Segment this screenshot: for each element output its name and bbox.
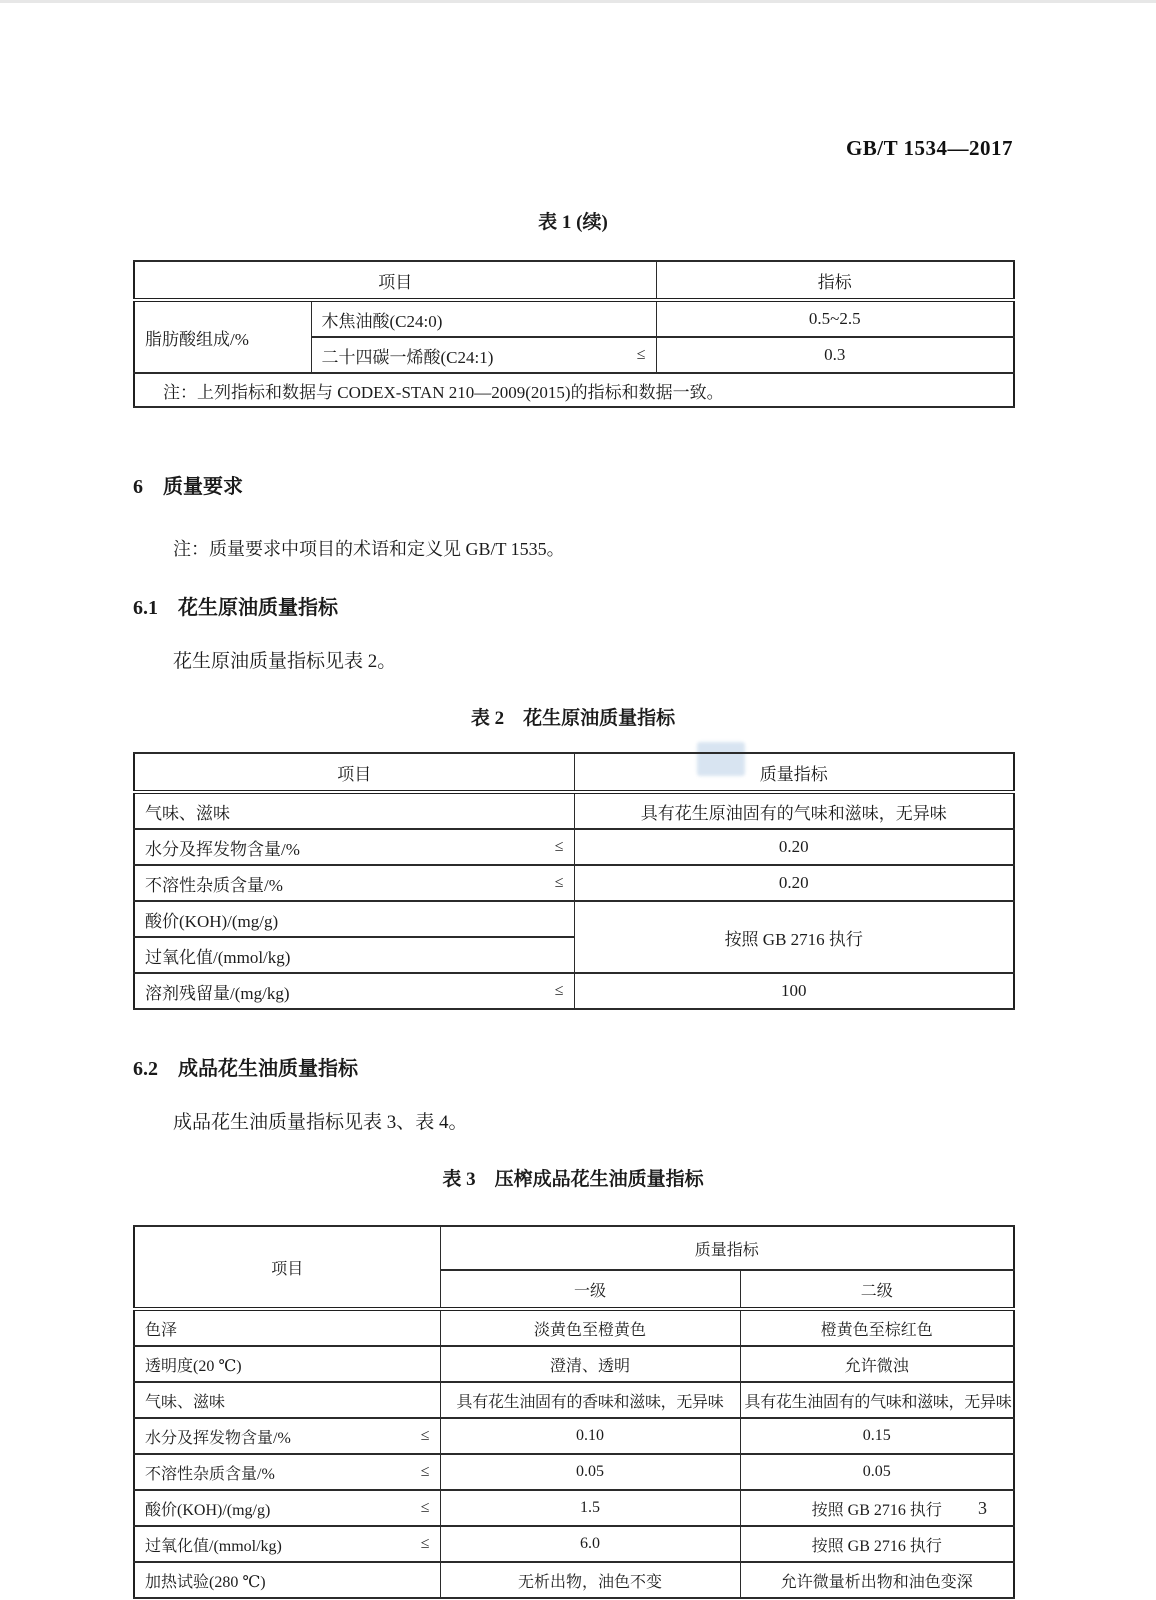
table2-title: 表 2 花生原油质量指标	[133, 703, 1013, 730]
item-label: 水分及挥发物含量/%	[145, 1425, 291, 1448]
table-row: 透明度(20 ℃) 澄清、透明 允许微浊	[134, 1346, 1014, 1382]
table1-item-1: 二十四碳一烯酸(C24:1)≤	[311, 337, 656, 373]
table3-g2-2: 具有花生油固有的气味和滋味，无异味	[740, 1382, 1014, 1418]
table3-col-item: 项目	[134, 1226, 440, 1309]
table3-g1-3: 0.10	[440, 1418, 740, 1454]
section-6-heading: 6 质量要求	[133, 470, 1013, 499]
table2-item-3: 酸价(KOH)/(mg/g)	[134, 901, 574, 937]
table2-value-2: 0.20	[574, 865, 1014, 901]
le-symbol: ≤	[415, 1535, 430, 1553]
table1-group-label: 脂肪酸组成/%	[134, 300, 311, 373]
section-6-1-heading: 6.1 花生原油质量指标	[133, 591, 1013, 620]
table1-item-0: 木焦油酸(C24:0)	[311, 300, 656, 337]
le-symbol: ≤	[549, 982, 564, 1000]
table2-value-0: 具有花生原油固有的气味和滋味，无异味	[574, 792, 1014, 829]
table3-g2-7: 允许微量析出物和油色变深	[740, 1562, 1014, 1598]
table3-g1-4: 0.05	[440, 1454, 740, 1490]
table3-g1-7: 无析出物，油色不变	[440, 1562, 740, 1598]
table3-item-5: 酸价(KOH)/(mg/g)≤	[134, 1490, 440, 1526]
table3-g2-6: 按照 GB 2716 执行	[740, 1526, 1014, 1562]
item-label: 过氧化值/(mmol/kg)	[145, 943, 290, 968]
standard-code: GB/T 1534—2017	[133, 0, 1013, 161]
table3-item-6: 过氧化值/(mmol/kg)≤	[134, 1526, 440, 1562]
section-6-1-body: 花生原油质量指标见表 2。	[133, 646, 1013, 673]
table3-item-7: 加热试验(280 ℃)	[134, 1562, 440, 1598]
le-symbol: ≤	[415, 1427, 430, 1445]
page-number: 3	[978, 1498, 987, 1519]
table3-g1-0: 淡黄色至橙黄色	[440, 1309, 740, 1346]
item-label: 酸价(KOH)/(mg/g)	[145, 907, 278, 932]
table3-g1-2: 具有花生油固有的香味和滋味，无异味	[440, 1382, 740, 1418]
item-label: 不溶性杂质含量/%	[145, 1461, 275, 1484]
table3-g2-3: 0.15	[740, 1418, 1014, 1454]
table3-g2-0: 橙黄色至棕红色	[740, 1309, 1014, 1346]
table2-item-0: 气味、滋味	[134, 792, 574, 829]
table2-item-2: 不溶性杂质含量/%≤	[134, 865, 574, 901]
le-symbol: ≤	[415, 1463, 430, 1481]
item-label: 酸价(KOH)/(mg/g)	[145, 1497, 270, 1520]
table3-col-grade2: 二级	[740, 1270, 1014, 1309]
item-label: 气味、滋味	[145, 799, 230, 824]
table1-header-row: 项目 指标	[134, 261, 1014, 300]
table3-g2-1: 允许微浊	[740, 1346, 1014, 1382]
table1-note: 注：上列指标和数据与 CODEX-STAN 210—2009(2015)的指标和…	[134, 373, 1014, 407]
item-label: 色泽	[145, 1317, 177, 1340]
item-label: 溶剂残留量/(mg/kg)	[145, 979, 290, 1004]
table1-note-row: 注：上列指标和数据与 CODEX-STAN 210—2009(2015)的指标和…	[134, 373, 1014, 407]
item-label: 透明度(20 ℃)	[145, 1353, 242, 1376]
table3-item-3: 水分及挥发物含量/%≤	[134, 1418, 440, 1454]
table3-g1-5: 1.5	[440, 1490, 740, 1526]
table3-g2-5: 按照 GB 2716 执行	[740, 1490, 1014, 1526]
table-row: 酸价(KOH)/(mg/g)≤ 1.5 按照 GB 2716 执行	[134, 1490, 1014, 1526]
table-row: 酸价(KOH)/(mg/g) 按照 GB 2716 执行	[134, 901, 1014, 937]
section-6-2-heading: 6.2 成品花生油质量指标	[133, 1052, 1013, 1081]
table2-merged-value: 按照 GB 2716 执行	[574, 901, 1014, 973]
table-row: 溶剂残留量/(mg/kg)≤ 100	[134, 973, 1014, 1009]
item-label: 过氧化值/(mmol/kg)	[145, 1533, 282, 1556]
item-label: 木焦油酸(C24:0)	[322, 307, 443, 332]
table-row: 加热试验(280 ℃) 无析出物，油色不变 允许微量析出物和油色变深	[134, 1562, 1014, 1598]
table-row: 不溶性杂质含量/%≤ 0.05 0.05	[134, 1454, 1014, 1490]
table2-item-5: 溶剂残留量/(mg/kg)≤	[134, 973, 574, 1009]
table3-item-4: 不溶性杂质含量/%≤	[134, 1454, 440, 1490]
table-row: 过氧化值/(mmol/kg)≤ 6.0 按照 GB 2716 执行	[134, 1526, 1014, 1562]
table-row: 气味、滋味 具有花生原油固有的气味和滋味，无异味	[134, 792, 1014, 829]
table2-item-1: 水分及挥发物含量/%≤	[134, 829, 574, 865]
table3-g1-6: 6.0	[440, 1526, 740, 1562]
table3-header-row-1: 项目 质量指标	[134, 1226, 1014, 1270]
table3-item-1: 透明度(20 ℃)	[134, 1346, 440, 1382]
table3-col-quality: 质量指标	[440, 1226, 1014, 1270]
table1-fatty-acid: 项目 指标 脂肪酸组成/% 木焦油酸(C24:0) 0.5~2.5 二十四碳一烯…	[133, 260, 1015, 408]
item-label: 气味、滋味	[145, 1389, 225, 1412]
table1-value-0: 0.5~2.5	[656, 300, 1014, 337]
table3-item-0: 色泽	[134, 1309, 440, 1346]
le-symbol: ≤	[415, 1499, 430, 1517]
table2-item-4: 过氧化值/(mmol/kg)	[134, 937, 574, 973]
table-row: 不溶性杂质含量/%≤ 0.20	[134, 865, 1014, 901]
page-content: GB/T 1534—2017 表 1 (续) 项目 指标 脂肪酸组成/% 木焦油…	[133, 0, 1013, 1599]
table3-item-2: 气味、滋味	[134, 1382, 440, 1418]
item-label: 二十四碳一烯酸(C24:1)	[322, 343, 494, 368]
item-label: 加热试验(280 ℃)	[145, 1569, 266, 1592]
section-6-note: 注：质量要求中项目的术语和定义见 GB/T 1535。	[133, 535, 1013, 561]
table2-header-row: 项目 质量指标	[134, 753, 1014, 792]
table2-col-item: 项目	[134, 753, 574, 792]
table3-col-grade1: 一级	[440, 1270, 740, 1309]
table2-crude-oil: 项目 质量指标 气味、滋味 具有花生原油固有的气味和滋味，无异味 水分及挥发物含…	[133, 752, 1015, 1010]
table3-g1-1: 澄清、透明	[440, 1346, 740, 1382]
table3-title: 表 3 压榨成品花生油质量指标	[133, 1164, 1013, 1191]
table1-title: 表 1 (续)	[133, 207, 1013, 234]
table3-pressed-oil: 项目 质量指标 一级 二级 色泽 淡黄色至橙黄色 橙黄色至棕红色 透明度(20 …	[133, 1225, 1015, 1599]
table-row: 脂肪酸组成/% 木焦油酸(C24:0) 0.5~2.5	[134, 300, 1014, 337]
table-row: 水分及挥发物含量/%≤ 0.10 0.15	[134, 1418, 1014, 1454]
table-row: 气味、滋味 具有花生油固有的香味和滋味，无异味 具有花生油固有的气味和滋味，无异…	[134, 1382, 1014, 1418]
item-label: 不溶性杂质含量/%	[145, 871, 283, 896]
table1-value-1: 0.3	[656, 337, 1014, 373]
table2-value-5: 100	[574, 973, 1014, 1009]
le-symbol: ≤	[549, 874, 564, 892]
le-symbol: ≤	[549, 838, 564, 856]
table1-col-value: 指标	[656, 261, 1014, 300]
item-label: 水分及挥发物含量/%	[145, 835, 300, 860]
table2-col-value: 质量指标	[574, 753, 1014, 792]
table1-col-item: 项目	[134, 261, 656, 300]
le-symbol: ≤	[631, 346, 646, 364]
table-row: 水分及挥发物含量/%≤ 0.20	[134, 829, 1014, 865]
table-row: 色泽 淡黄色至橙黄色 橙黄色至棕红色	[134, 1309, 1014, 1346]
table3-g2-4: 0.05	[740, 1454, 1014, 1490]
table2-value-1: 0.20	[574, 829, 1014, 865]
section-6-2-body: 成品花生油质量指标见表 3、表 4。	[133, 1107, 1013, 1134]
